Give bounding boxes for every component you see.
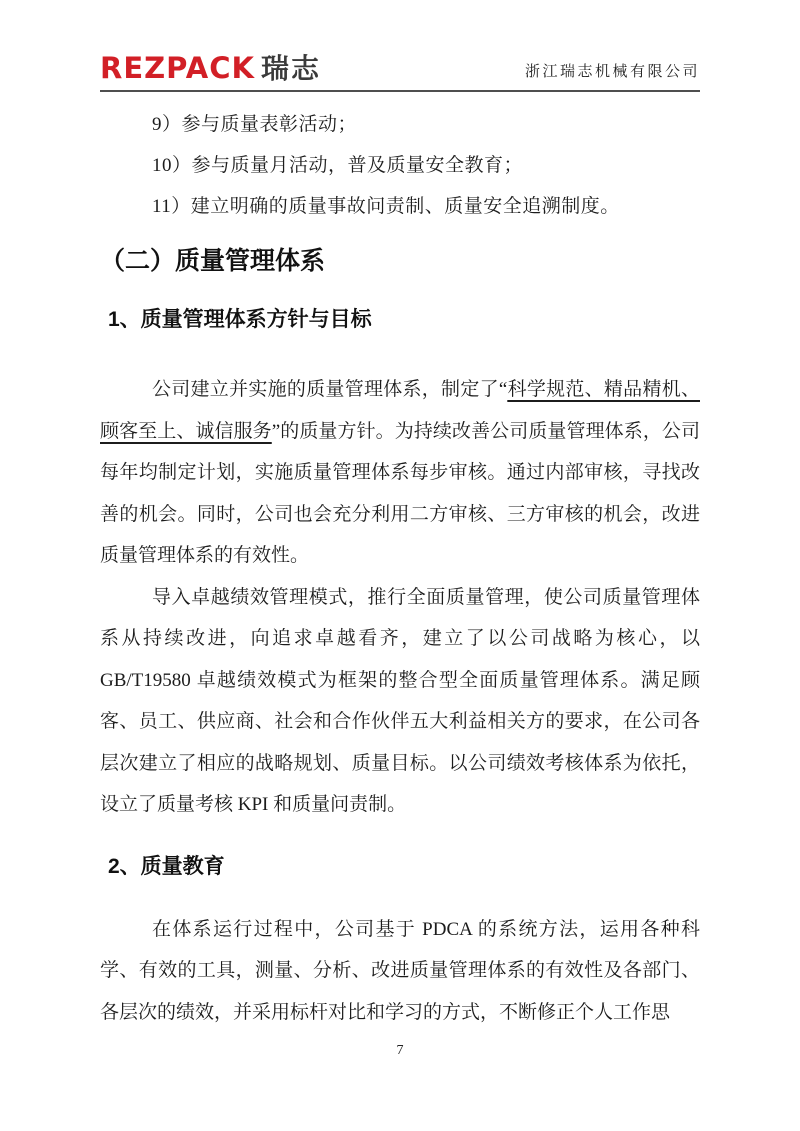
header-rule: REZPACK 瑞志 浙江瑞志机械有限公司 [100, 54, 700, 92]
list-item: 9）参与质量表彰活动； [100, 104, 700, 145]
logo-wordmark: REZPACK [100, 54, 255, 84]
section-heading: （二）质量管理体系 [100, 245, 700, 279]
subsection-heading-1: 1、质量管理体系方针与目标 [108, 305, 700, 335]
list-item: 11）建立明确的质量事故问责制、质量安全追溯制度。 [100, 186, 700, 227]
company-name: 浙江瑞志机械有限公司 [525, 60, 700, 83]
body-paragraphs: 公司建立并实施的质量管理体系，制定了“科学规范、精品精机、顾客至上、诚信服务”的… [100, 369, 700, 826]
paragraph-text: 公司建立并实施的质量管理体系，制定了“ [152, 379, 507, 400]
logo-chinese-name: 瑞志 [261, 55, 321, 83]
company-logo: REZPACK 瑞志 [100, 54, 321, 83]
list-item: 10）参与质量月活动，普及质量安全教育； [100, 145, 700, 186]
page-header: REZPACK 瑞志 浙江瑞志机械有限公司 [100, 0, 700, 92]
paragraph-quality-education: 在体系运行过程中，公司基于 PDCA 的系统方法，运用各种科学、有效的工具，测量… [100, 909, 700, 1034]
numbered-list: 9）参与质量表彰活动； 10）参与质量月活动，普及质量安全教育； 11）建立明确… [100, 104, 700, 227]
paragraph-text: ”的质量方针。为持续改善公司质量管理体系，公司每年均制定计划，实施质量管理体系每… [100, 421, 700, 567]
subsection-heading-2: 2、质量教育 [108, 852, 700, 882]
page-footer: 7 [100, 1041, 700, 1059]
page-number: 7 [397, 1043, 404, 1058]
paragraph-quality-policy: 公司建立并实施的质量管理体系，制定了“科学规范、精品精机、顾客至上、诚信服务”的… [100, 369, 700, 577]
document-page: REZPACK 瑞志 浙江瑞志机械有限公司 9）参与质量表彰活动； 10）参与质… [0, 0, 800, 1131]
paragraph-performance-model: 导入卓越绩效管理模式，推行全面质量管理，使公司质量管理体系从持续改进，向追求卓越… [100, 577, 700, 826]
body-paragraphs-2: 在体系运行过程中，公司基于 PDCA 的系统方法，运用各种科学、有效的工具，测量… [100, 909, 700, 1034]
